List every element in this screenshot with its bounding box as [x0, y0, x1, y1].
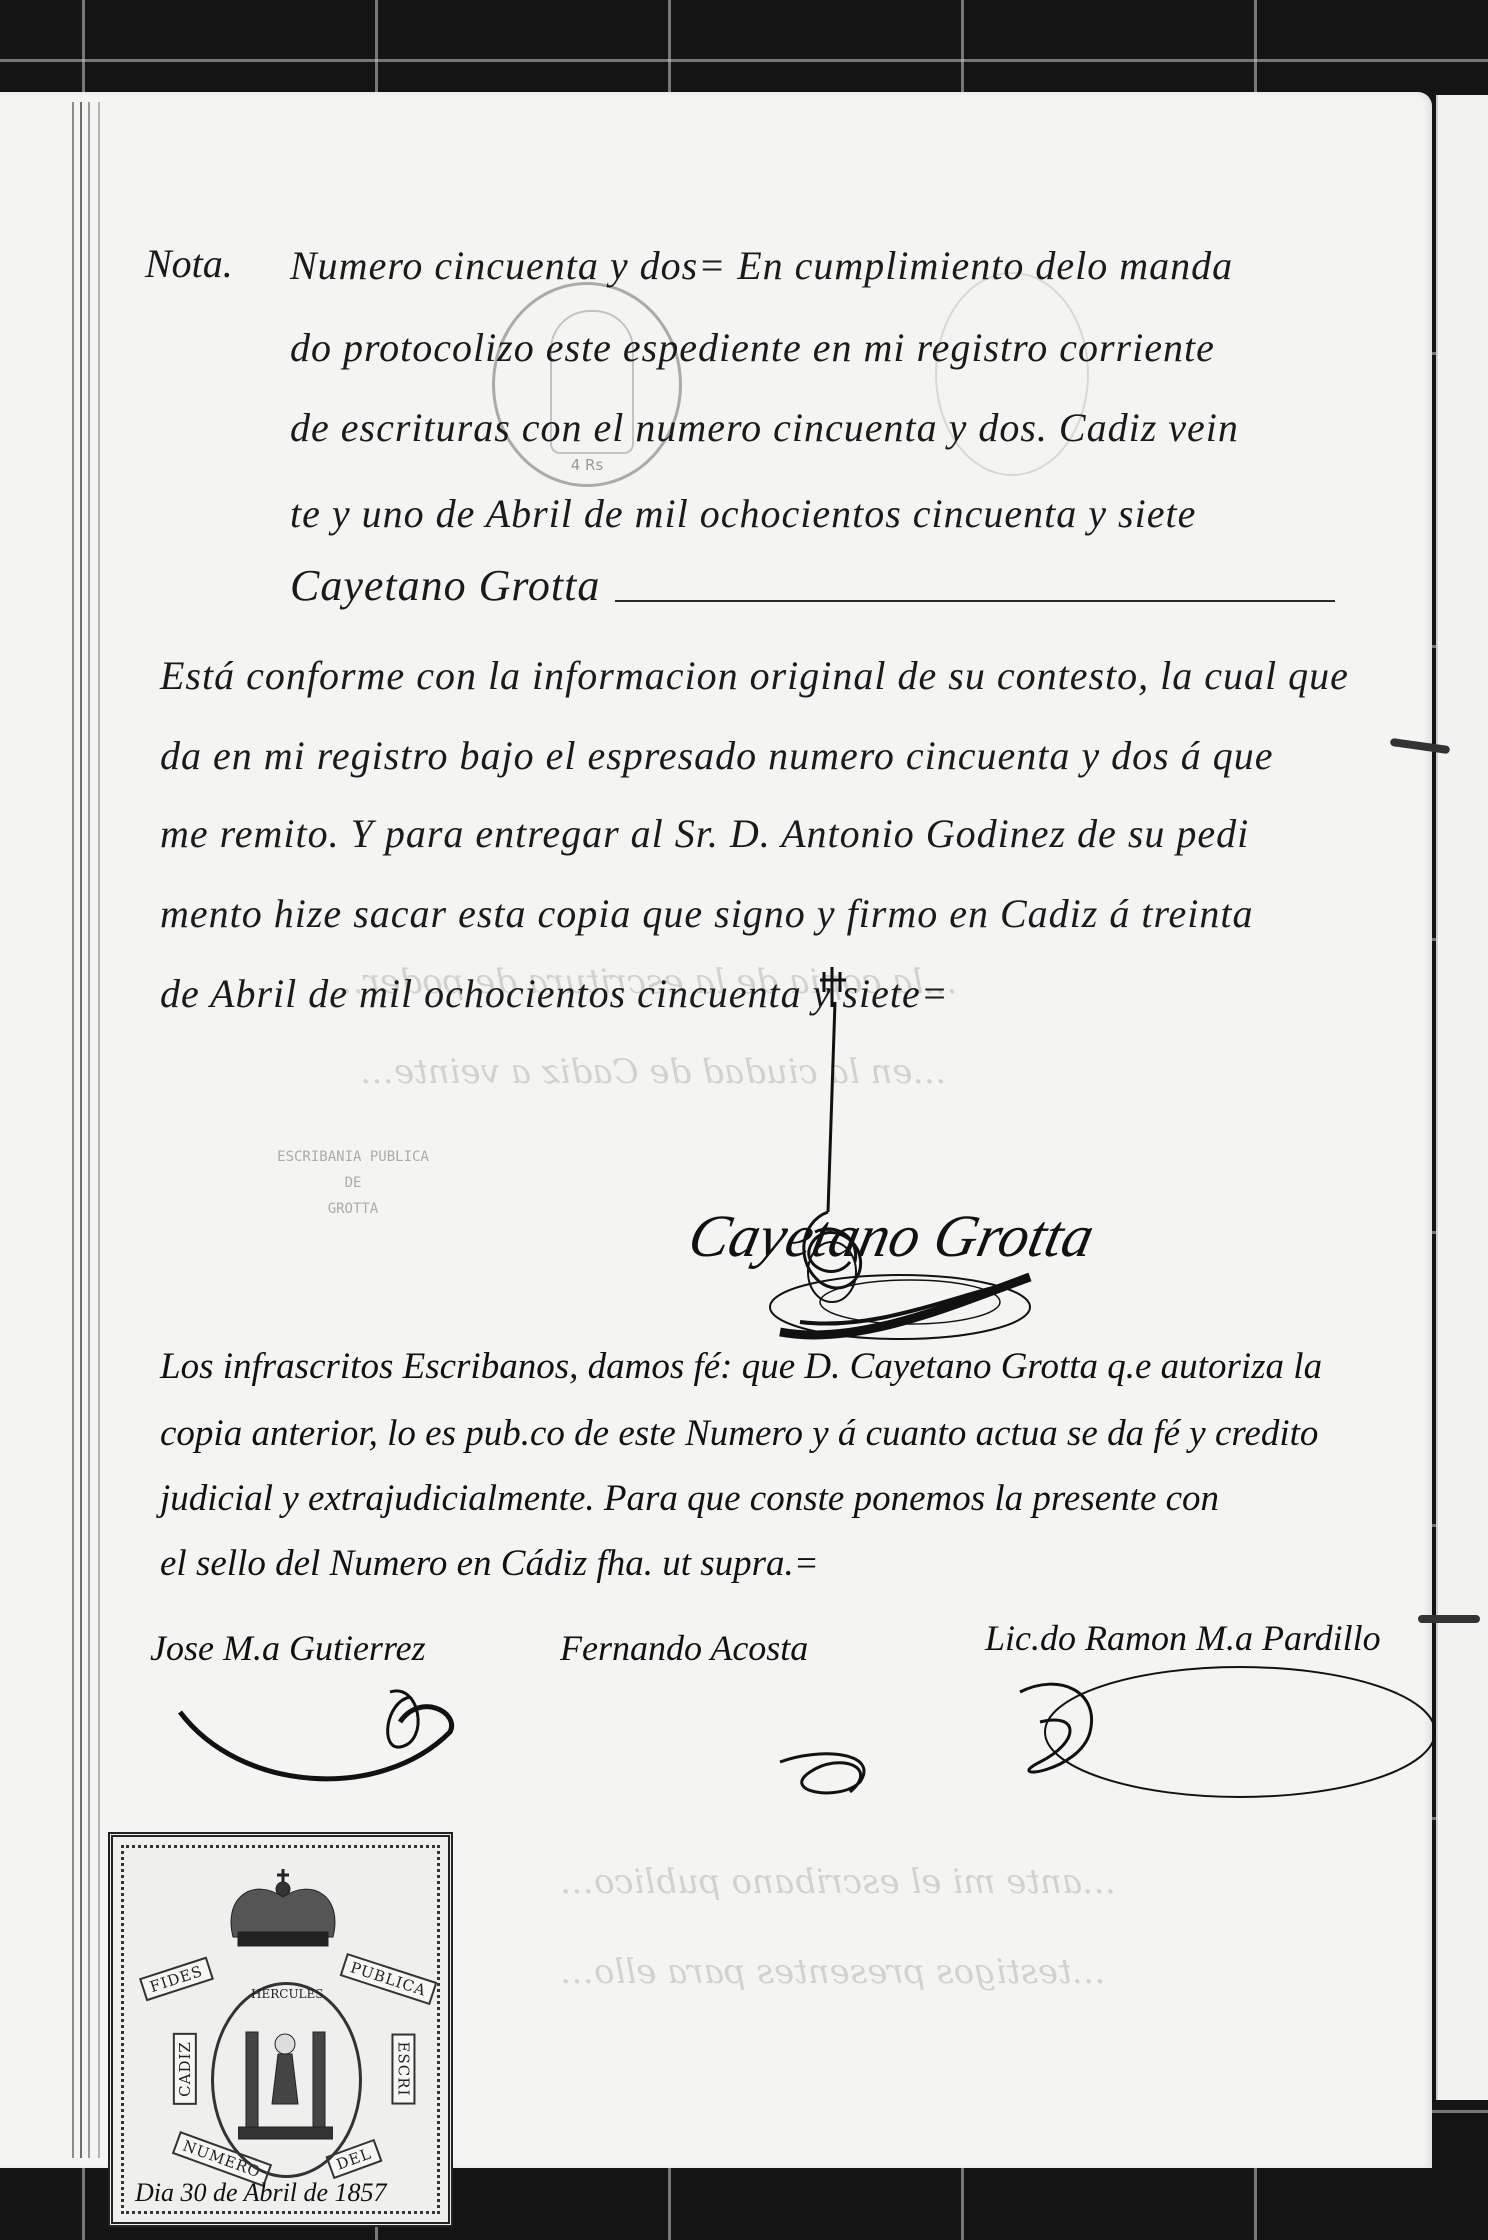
manuscript-page: …la copia de la escritura de poder… …en …	[0, 92, 1432, 2168]
office-stamp: ESCRIBANIA PUBLICA DE GROTTA	[268, 1144, 438, 1222]
notary-signature: Cayetano Grotta	[683, 1202, 1100, 1271]
body-line-4: mento hize sacar esta copia que signo y …	[160, 890, 1254, 937]
body-line-2: da en mi registro bajo el espresado nume…	[160, 732, 1273, 779]
signature-flourishes	[160, 1652, 1440, 1832]
body-line-3: me remito. Y para entregar al Sr. D. Ant…	[160, 810, 1249, 857]
crown-icon	[223, 1867, 343, 1952]
note-line-1: Numero cincuenta y dos= En cumplimiento …	[290, 242, 1233, 289]
note-label: Nota.	[145, 240, 233, 287]
note-line-2: do protocolizo este espediente en mi reg…	[290, 324, 1215, 371]
seal-text-hercules: HERCULES	[251, 1987, 324, 2001]
adjacent-page-edge	[1436, 95, 1488, 2100]
note-line-4: te y uno de Abril de mil ochocientos cin…	[290, 490, 1196, 537]
bleed-through-text: …testigos presentes para ello…	[560, 1952, 1106, 1992]
tax-stamp: 4 Rs	[492, 282, 682, 487]
ribbon-escri: ESCRI	[391, 2034, 415, 2105]
binding-thread	[1418, 1615, 1480, 1623]
certification-line-3: judicial y extrajudicialmente. Para que …	[160, 1477, 1219, 1520]
signature-flourish	[760, 1262, 1040, 1352]
page-binding-edge	[70, 92, 106, 2168]
certification-line-1: Los infrascritos Escribanos, damos fé: q…	[160, 1345, 1322, 1388]
signature-rule	[615, 600, 1335, 602]
tax-stamp-value: 4 Rs	[571, 456, 604, 474]
certification-line-4: el sello del Numero en Cádiz fha. ut sup…	[160, 1542, 819, 1585]
note-signature: Cayetano Grotta	[290, 560, 600, 611]
certification-line-2: copia anterior, lo es pub.co de este Num…	[160, 1412, 1318, 1455]
ribbon-cadiz: CADIZ	[173, 2033, 197, 2105]
body-line-1: Está conforme con la informacion origina…	[160, 652, 1349, 699]
hercules-pillars-icon	[238, 2022, 333, 2142]
note-line-3: de escrituras con el numero cincuenta y …	[290, 404, 1239, 451]
seal-date: Dia 30 de Abril de 1857	[135, 2178, 387, 2208]
bleed-through-text: …ante mi el escribano publico…	[560, 1862, 1116, 1902]
official-seal: FIDES PUBLICA CADIZ ESCRI NUMERO DEL HER…	[108, 1832, 453, 2227]
